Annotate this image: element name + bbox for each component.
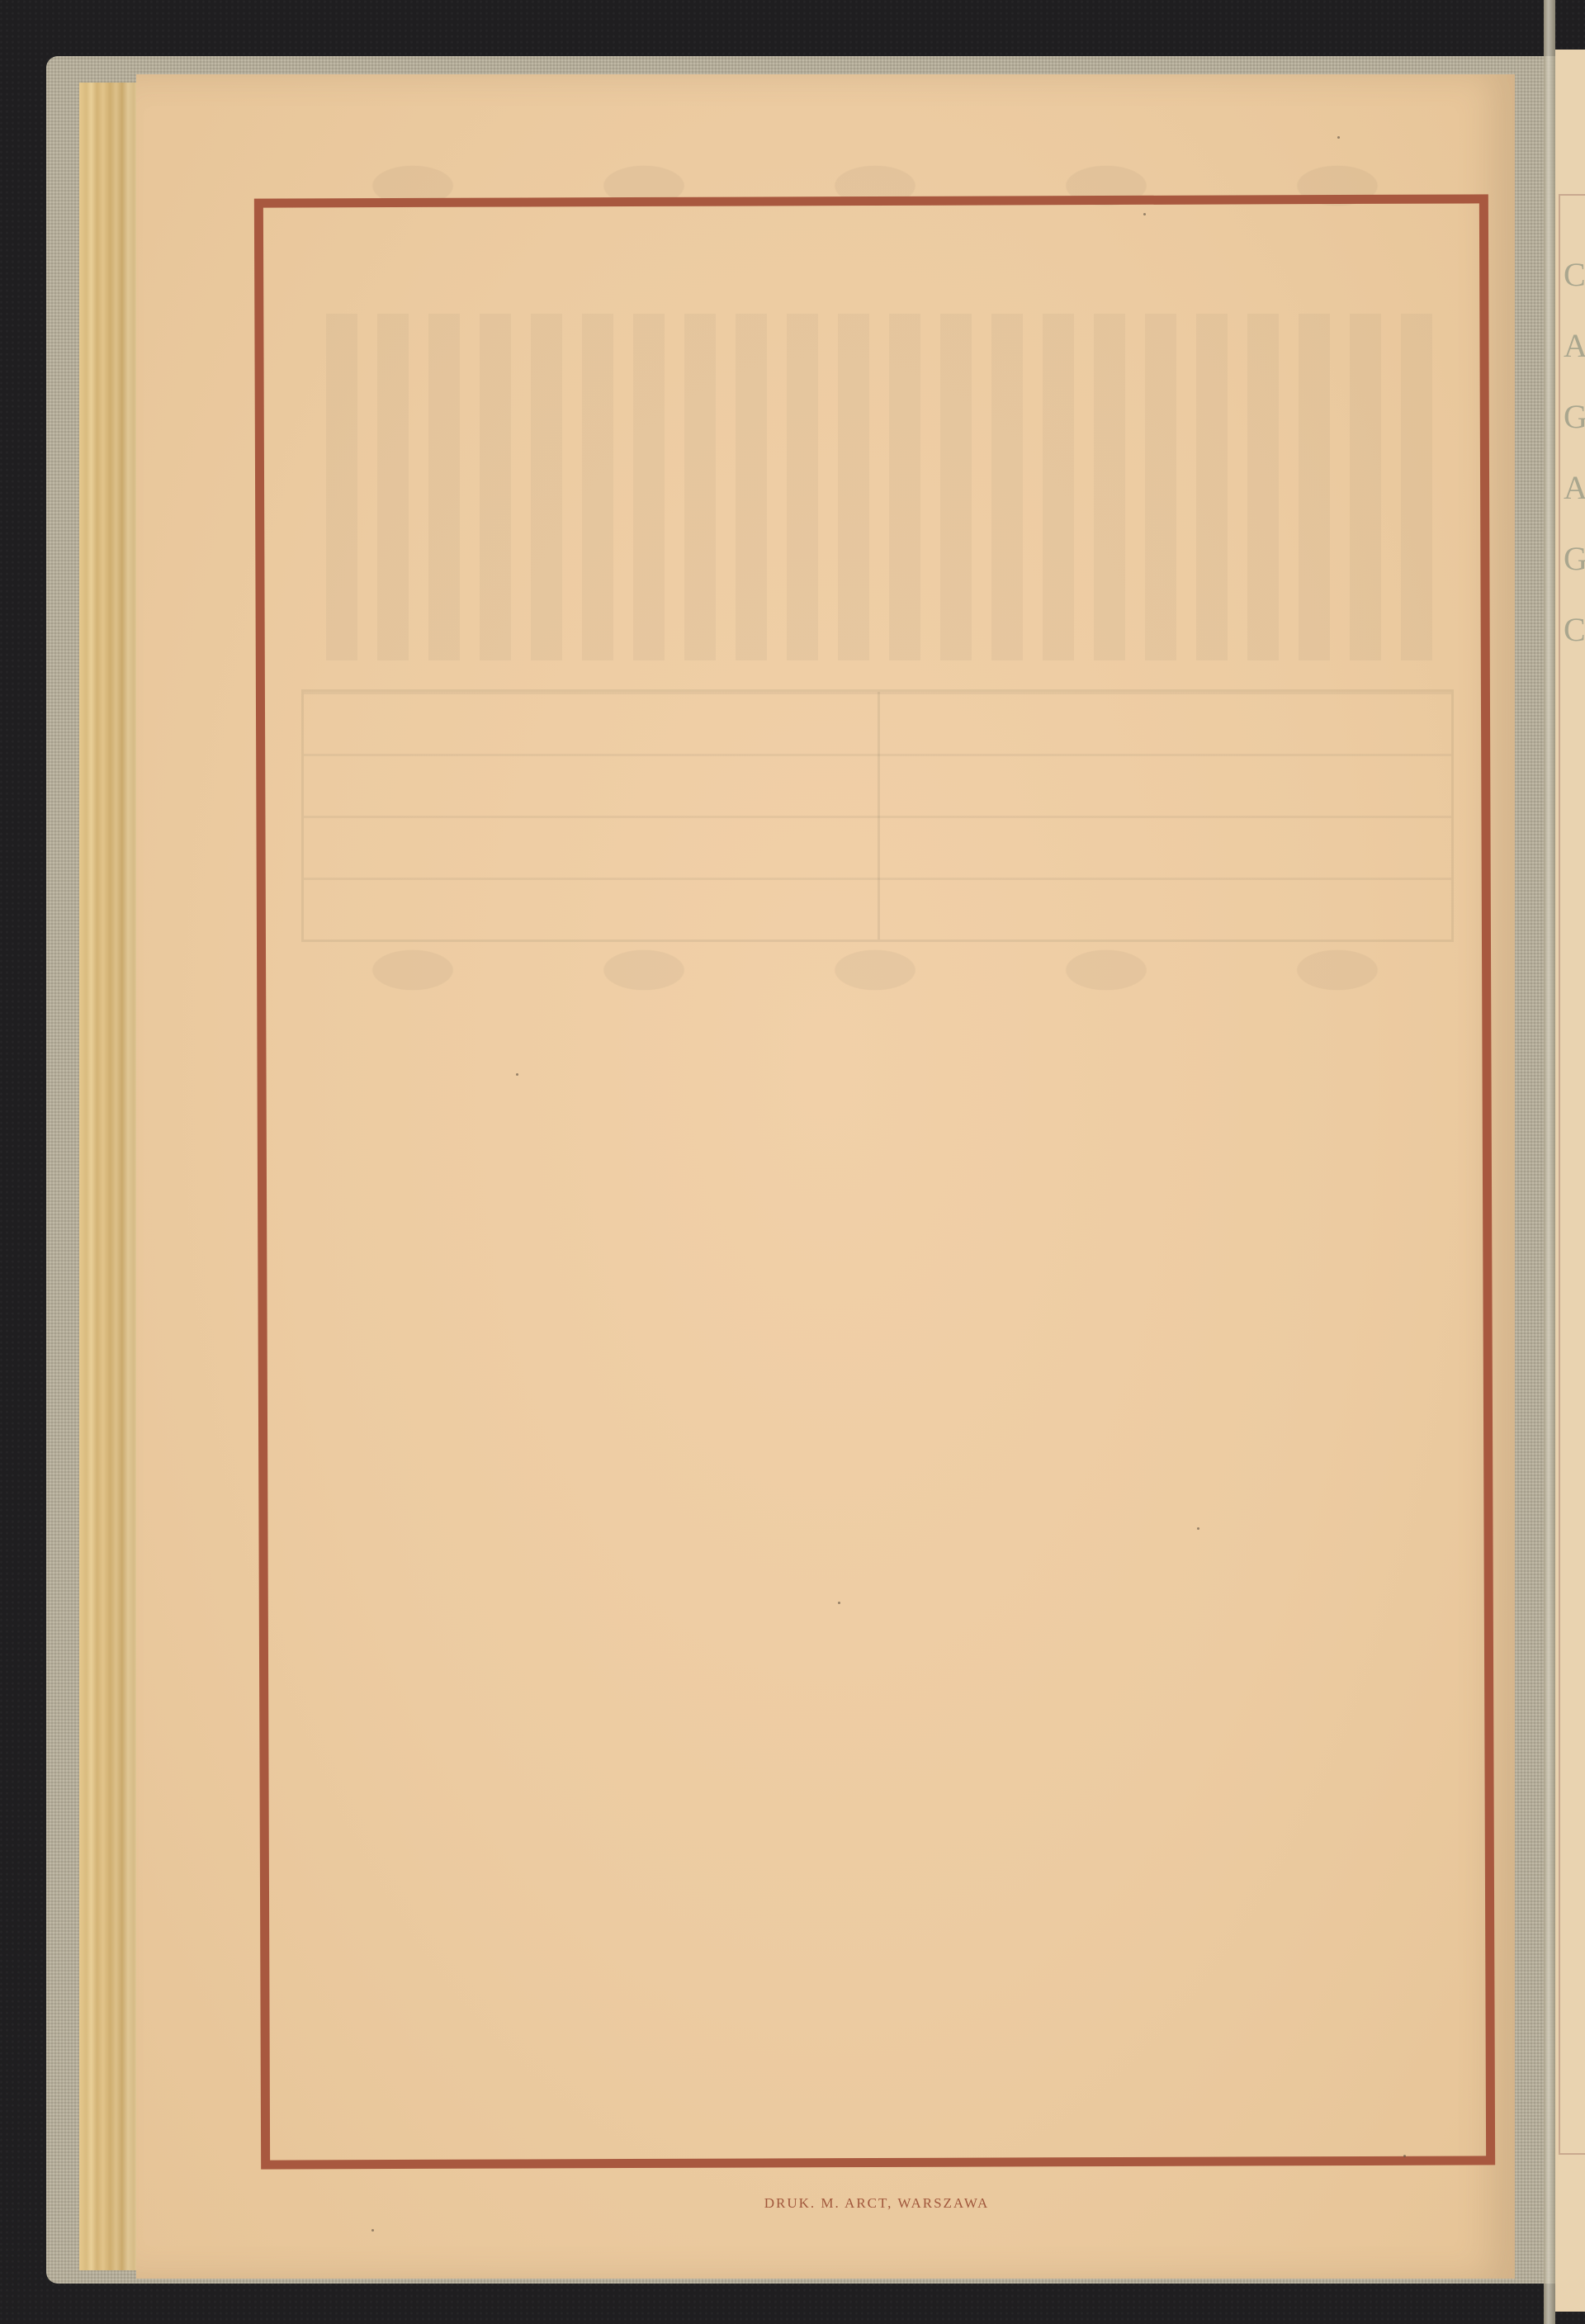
adjacent-page-edge: CAGAGC — [1555, 50, 1585, 2312]
page-fore-edge-stack — [79, 83, 139, 2270]
scan-background: DRUK. M. ARCT, WARSZAWA CAGAGC — [0, 0, 1585, 2324]
protective-sleeve-edge — [1544, 0, 1555, 2324]
adjacent-page-letters: CAGAGC — [1564, 239, 1585, 665]
printed-border-frame — [254, 194, 1495, 2169]
printer-imprint: DRUK. M. ARCT, WARSZAWA — [0, 2195, 1585, 2212]
